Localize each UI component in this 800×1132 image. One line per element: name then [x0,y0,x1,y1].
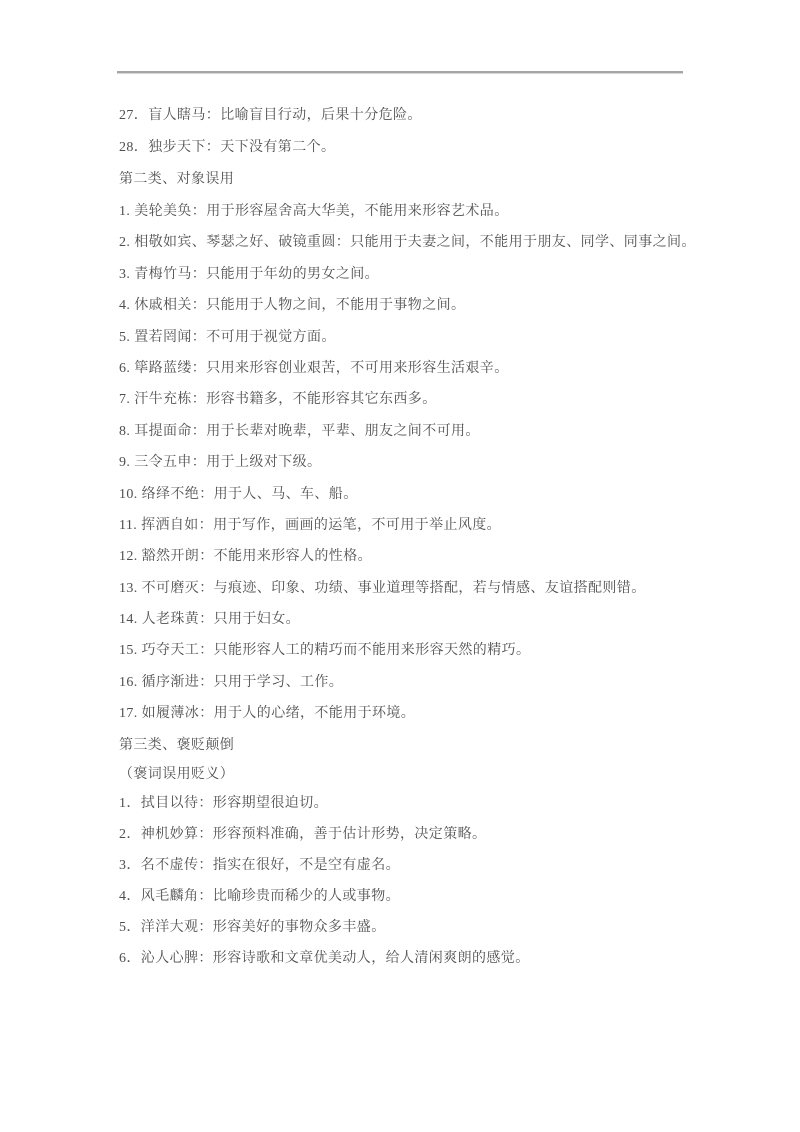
list-item: 15. 巧夺天工：只能形容人工的精巧而不能用来形容天然的精巧。 [119,635,719,666]
header-rule [117,71,683,74]
list-item: 9. 三令五申：用于上级对下级。 [119,447,719,478]
document-body: 27．盲人瞎马：比喻盲目行动，后果十分危险。 28．独步天下：天下没有第二个。 … [119,100,719,974]
list-item: 6．沁人心脾：形容诗歌和文章优美动人，给人清闲爽朗的感觉。 [119,943,719,974]
list-item: 5．洋洋大观：形容美好的事物众多丰盛。 [119,912,719,943]
list-item: 4. 休戚相关：只能用于人物之间，不能用于事物之间。 [119,290,719,321]
list-item: 4．风毛麟角：比喻珍贵而稀少的人或事物。 [119,881,719,912]
list-item: 2. 相敬如宾、琴瑟之好、破镜重圆：只能用于夫妻之间，不能用于朋友、同学、同事之… [119,227,719,258]
list-item-28: 28．独步天下：天下没有第二个。 [119,132,719,164]
list-item-27: 27．盲人瞎马：比喻盲目行动，后果十分危险。 [119,100,719,132]
list-item: 7. 汗牛充栋：形容书籍多，不能形容其它东西多。 [119,384,719,415]
list-item: 8. 耳提面命：用于长辈对晚辈，平辈、朋友之间不可用。 [119,416,719,447]
list-item: 2．神机妙算：形容预料准确，善于估计形势，决定策略。 [119,819,719,850]
list-item: 6. 筚路蓝缕：只用来形容创业艰苦，不可用来形容生活艰辛。 [119,353,719,384]
list-item: 17. 如履薄冰：用于人的心绪，不能用于环境。 [119,698,719,729]
list-item: 12. 豁然开朗：不能用来形容人的性格。 [119,541,719,572]
section-heading-category-2: 第二类、对象误用 [119,164,719,196]
document-page: 27．盲人瞎马：比喻盲目行动，后果十分危险。 28．独步天下：天下没有第二个。 … [0,0,800,1132]
list-item: 11. 挥洒自如：用于写作，画画的运笔，不可用于举止风度。 [119,510,719,541]
list-item: 1．拭目以待：形容期望很迫切。 [119,788,719,819]
list-item: 3. 青梅竹马：只能用于年幼的男女之间。 [119,259,719,290]
list-item: 5. 置若罔闻：不可用于视觉方面。 [119,322,719,353]
section-heading-category-3: 第三类、褒贬颠倒 [119,730,719,762]
list-item: 13. 不可磨灭：与痕迹、印象、功绩、事业道理等搭配，若与情感、友谊搭配则错。 [119,573,719,604]
list-item: 3．名不虚传：指实在很好，不是空有虚名。 [119,850,719,881]
section-subheading-category-3: （褒词误用贬义） [119,762,719,788]
list-item: 14. 人老珠黄：只用于妇女。 [119,604,719,635]
list-item: 1. 美轮美奂：用于形容屋舍高大华美，不能用来形容艺术品。 [119,196,719,227]
list-item: 16. 循序渐进：只用于学习、工作。 [119,667,719,698]
list-item: 10. 络绎不绝：用于人、马、车、船。 [119,479,719,510]
